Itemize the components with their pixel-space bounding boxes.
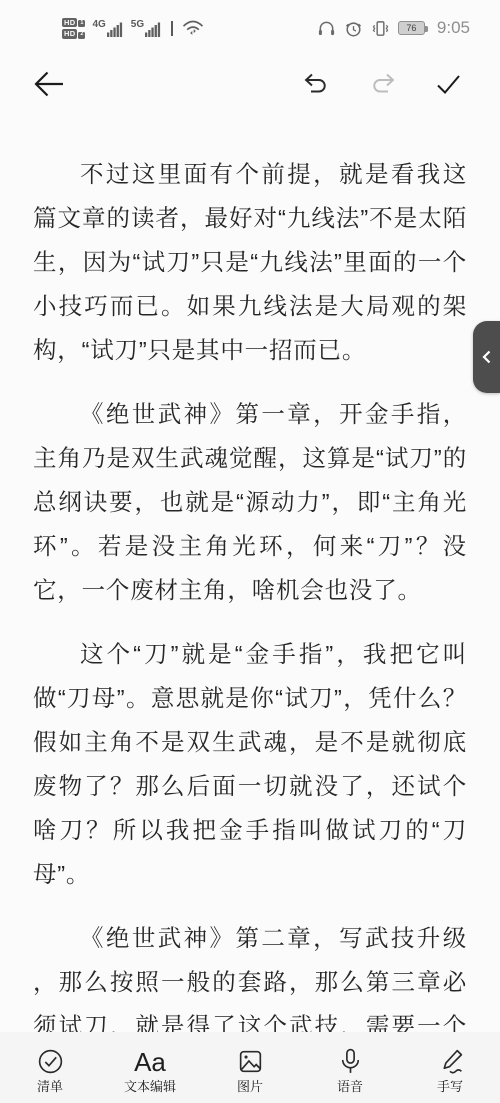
bottom-toolbar: 清单 Aa 文本编辑 图片 语音 <box>0 1032 500 1103</box>
handwriting-icon <box>436 1047 465 1077</box>
redo-icon <box>369 73 396 96</box>
hd1-volte-icon: HD 1 <box>62 18 85 28</box>
paragraph[interactable]: 不过这里面有个前提，就是看我这篇文章的读者，最好对“九线法”不是太陌生，因为“试… <box>33 152 467 372</box>
status-divider <box>171 21 173 36</box>
hd2-label: HD <box>62 29 77 39</box>
signal-bars-icon <box>107 21 124 37</box>
voice-button[interactable]: 语音 <box>300 1032 400 1103</box>
hd-badges: HD 1 HD 2 <box>62 18 85 39</box>
edit-toolbar <box>0 50 500 118</box>
note-editor-screen: { "status_bar": { "sim1": { "label": "HD… <box>0 0 500 1103</box>
signal-4g: 4G <box>92 20 123 37</box>
network-5g-label: 5G <box>131 20 144 30</box>
checklist-icon <box>36 1047 65 1077</box>
back-arrow-icon <box>32 67 66 101</box>
text-format-icon: Aa <box>134 1047 166 1077</box>
alarm-icon <box>344 19 363 38</box>
text-format-button[interactable]: Aa 文本编辑 <box>100 1032 200 1103</box>
battery-nub <box>425 26 428 32</box>
toolbar-actions <box>303 73 462 96</box>
voice-label: 语音 <box>337 1080 363 1093</box>
undo-button[interactable] <box>303 73 330 96</box>
battery-icon: 76 <box>398 21 425 35</box>
status-bar: HD 1 HD 2 4G 5G <box>0 0 500 50</box>
signal-bars-icon <box>145 21 162 37</box>
wifi-icon <box>182 20 204 37</box>
confirm-check-icon <box>435 73 462 96</box>
redo-button[interactable] <box>369 73 396 96</box>
undo-icon <box>303 73 330 96</box>
image-icon <box>236 1047 265 1077</box>
status-time: 9:05 <box>437 18 470 38</box>
battery-percent: 76 <box>406 24 416 33</box>
paragraph[interactable]: 《绝世武神》第一章，开金手指，主角乃是双生武魂觉醒，这算是“试刀”的总纲诀要，也… <box>33 392 467 612</box>
back-button[interactable] <box>32 67 66 101</box>
image-button[interactable]: 图片 <box>200 1032 300 1103</box>
paragraph[interactable]: 这个“刀”就是“金手指”，我把它叫做“刀母”。意思就是你“试刀”，凭什么？假如主… <box>33 632 467 896</box>
confirm-button[interactable] <box>435 73 462 96</box>
checklist-button[interactable]: 清单 <box>0 1032 100 1103</box>
hd1-label: HD <box>62 18 77 28</box>
text-format-label: 文本编辑 <box>124 1080 176 1093</box>
status-bar-left: HD 1 HD 2 4G 5G <box>62 18 204 39</box>
side-panel-handle[interactable] <box>473 321 500 393</box>
checklist-label: 清单 <box>37 1080 63 1093</box>
network-4g-label: 4G <box>92 20 105 30</box>
hd2-volte-icon: HD 2 <box>62 29 85 39</box>
hd2-sub: 2 <box>78 32 85 39</box>
chevron-left-icon <box>481 349 493 365</box>
hd1-sub: 1 <box>78 20 85 27</box>
vibrate-icon <box>371 19 390 38</box>
handwriting-label: 手写 <box>437 1080 463 1093</box>
microphone-icon <box>336 1047 365 1077</box>
handwriting-button[interactable]: 手写 <box>400 1032 500 1103</box>
image-label: 图片 <box>237 1080 263 1093</box>
signal-5g: 5G <box>131 20 162 37</box>
note-body[interactable]: 不过这里面有个前提，就是看我这篇文章的读者，最好对“九线法”不是太陌生，因为“试… <box>0 118 500 1092</box>
headset-icon <box>317 19 336 38</box>
status-bar-right: 76 9:05 <box>317 18 470 38</box>
